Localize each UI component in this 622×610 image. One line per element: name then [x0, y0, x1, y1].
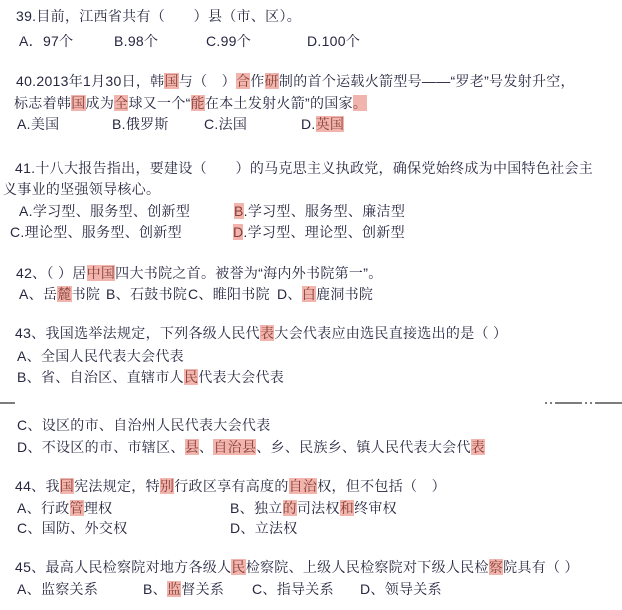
text-segment: B、独立	[230, 500, 283, 516]
text-segment: 成为	[86, 95, 115, 111]
text-segment: B、石鼓书院	[106, 286, 187, 302]
text-segment: C.理论型、服务型、创新型	[10, 224, 182, 240]
highlighted-text: 别	[160, 478, 174, 494]
question-41-option-c: C.理论型、服务型、创新型	[10, 224, 182, 241]
text-segment: B.俄罗斯	[112, 116, 169, 132]
question-44-option-a: A、行政管理权	[17, 500, 112, 517]
text-segment: 书院	[72, 286, 101, 302]
highlighted-text: 表	[260, 325, 274, 341]
highlighted-text: 民	[184, 369, 198, 385]
question-41-text-line2: 义事业的坚强领导核心。	[3, 181, 160, 198]
text-segment: B、	[143, 581, 167, 597]
text-segment: .学习型、服务型、廉洁型	[244, 203, 406, 219]
question-44-option-c: C、国防、外交权	[17, 520, 128, 537]
text-segment: 40.2013年1月30日，韩	[16, 73, 164, 89]
question-41-option-d: D.学习型、理论型、创新型	[233, 224, 405, 241]
highlighted-text: 白	[302, 286, 316, 302]
highlighted-text: 麓	[57, 286, 71, 302]
text-segment: 终审权	[354, 500, 397, 516]
text-segment: 标志着韩	[14, 95, 71, 111]
text-segment: 、乡、民族乡、镇人民代表大会代	[256, 439, 471, 455]
question-43-text: 43、我国选举法规定，下列各级人民代表大会代表应由选民直接选出的是（ ）	[15, 325, 507, 342]
question-41-option-b: B.学习型、服务型、廉洁型	[234, 203, 405, 220]
text-segment: C.法国	[204, 116, 247, 132]
text-segment: 39.目前，江西省共有（ ）县（市、区）。	[16, 8, 301, 24]
text-segment: A.学习型、服务型、创新型	[19, 203, 190, 219]
question-45-option-a: A、监察关系	[17, 581, 98, 598]
text-segment: 43、我国选举法规定，下列各级人民代	[15, 325, 260, 341]
question-42-option-b: B、石鼓书院	[106, 286, 187, 303]
question-44-text: 44、我国宪法规定，特别行政区享有高度的自治权，但不包括（ ）	[15, 478, 446, 495]
highlighted-text: 英国	[316, 116, 345, 132]
page-break-left-dash	[0, 402, 15, 404]
exam-document-page: 39.目前，江西省共有（ ）县（市、区）。A．97个B.98个C.99个D.10…	[0, 0, 622, 610]
question-45-text: 45、最高人民检察院对地方各级人民检察院、上级人民检察院对下级人民检察院具有（ …	[15, 559, 579, 576]
question-42-option-a: A、岳麓书院	[19, 286, 100, 303]
highlighted-text: 监	[167, 581, 181, 597]
text-segment: D.	[301, 116, 316, 132]
highlighted-text: 能	[191, 95, 205, 111]
highlighted-text: 自治县	[213, 439, 256, 455]
text-segment: A．97个	[19, 33, 73, 49]
text-segment: 与（ ）	[179, 73, 236, 89]
question-39-option-a: A．97个	[19, 33, 73, 50]
highlighted-text: 合	[236, 73, 250, 89]
highlighted-text: 察	[489, 559, 503, 575]
text-segment: 、	[199, 439, 213, 455]
text-segment: A、行政	[17, 500, 70, 516]
question-39-option-c: C.99个	[206, 33, 251, 50]
text-segment: 球又一个“	[128, 95, 190, 111]
text-segment: 督关系	[181, 581, 224, 597]
text-segment: A、全国人民代表大会代表	[17, 348, 184, 364]
text-segment: 义事业的坚强领导核心。	[3, 181, 160, 197]
text-segment: C、设区的市、自治州人民代表大会代表	[17, 417, 271, 433]
question-45-option-c: C、指导关系	[252, 581, 334, 598]
text-segment: 制的首个运载火箭型号——“罗老”号发射升空，	[279, 73, 575, 89]
text-segment: 代表大会代表	[198, 369, 284, 385]
question-42-text: 42、（ ）居中国四大书院之首。被誉为“海内外书院第一”。	[16, 265, 383, 282]
text-segment: A、监察关系	[17, 581, 98, 597]
highlighted-text: 表	[471, 439, 485, 455]
question-43-option-d: D、不设区的市、市辖区、县、自治县、乡、民族乡、镇人民代表大会代表	[17, 439, 485, 456]
question-42-option-d: D、白鹿洞书院	[277, 286, 373, 303]
highlighted-text: 。	[353, 95, 367, 111]
question-45-option-d: D、领导关系	[360, 581, 442, 598]
text-segment: 45、最高人民检察院对地方各级人	[15, 559, 231, 575]
question-39-text: 39.目前，江西省共有（ ）县（市、区）。	[16, 8, 301, 25]
question-39-option-d: D.100个	[307, 33, 360, 50]
text-segment: B、省、自治区、直辖市人	[17, 369, 184, 385]
question-39-option-b: B.98个	[114, 33, 158, 50]
page-break-marker	[0, 401, 622, 405]
highlighted-text: B	[234, 203, 244, 219]
text-segment: 作	[250, 73, 264, 89]
text-segment: 理权	[84, 500, 113, 516]
highlighted-text: 国	[71, 95, 85, 111]
text-segment: 大会代表应由选民直接选出的是（ ）	[274, 325, 507, 341]
text-segment: D、不设区的市、市辖区、	[17, 439, 185, 455]
text-segment: 司法权	[297, 500, 340, 516]
highlighted-text: 国	[60, 478, 74, 494]
question-44-option-d: D、立法权	[230, 520, 298, 537]
question-42-option-c: C、睢阳书院	[188, 286, 270, 303]
question-41-text-line1: 41.十八大报告指出，要建设（ ）的马克思主义执政党，确保党始终成为中国特色社会…	[15, 160, 593, 177]
highlighted-text: 中国	[87, 265, 116, 281]
highlighted-text: 的	[283, 500, 297, 516]
question-40-text-line1: 40.2013年1月30日，韩国与（ ）合作研制的首个运载火箭型号——“罗老”号…	[16, 73, 575, 90]
text-segment: D、	[277, 286, 302, 302]
question-40-option-d: D.英国	[301, 116, 344, 133]
text-segment: C、国防、外交权	[17, 520, 128, 536]
question-40-option-a: A.美国	[17, 116, 59, 133]
text-segment: 在本土发射火箭”的国家	[205, 95, 353, 111]
question-40-option-c: C.法国	[204, 116, 247, 133]
text-segment: 院具有（ ）	[503, 559, 579, 575]
text-segment: 42、（ ）居	[16, 265, 87, 281]
text-segment: B.98个	[114, 33, 158, 49]
highlighted-text: 和	[340, 500, 354, 516]
text-segment: 41.十八大报告指出，要建设（ ）的马克思主义执政党，确保党始终成为中国特色社会…	[15, 160, 593, 176]
text-segment: 鹿洞书院	[316, 286, 373, 302]
text-segment: 检察院、上级人民检察院对下级人民检	[246, 559, 489, 575]
text-segment: .学习型、理论型、创新型	[243, 224, 405, 240]
question-43-option-c: C、设区的市、自治州人民代表大会代表	[17, 417, 271, 434]
question-40-option-b: B.俄罗斯	[112, 116, 169, 133]
page-break-right-dashes	[545, 401, 622, 405]
highlighted-text: 县	[185, 439, 199, 455]
text-segment: D、立法权	[230, 520, 298, 536]
question-43-option-b: B、省、自治区、直辖市人民代表大会代表	[17, 369, 284, 386]
highlighted-text: D	[233, 224, 243, 240]
text-segment: C.99个	[206, 33, 251, 49]
highlighted-text: 国	[164, 73, 178, 89]
question-41-option-a: A.学习型、服务型、创新型	[19, 203, 190, 220]
question-43-option-a: A、全国人民代表大会代表	[17, 348, 184, 365]
question-40-text-line2: 标志着韩国成为全球又一个“能在本土发射火箭”的国家。	[14, 95, 367, 112]
highlighted-text: 管	[70, 500, 84, 516]
text-segment: 宪法规定，特	[74, 478, 160, 494]
highlighted-text: 民	[231, 559, 245, 575]
text-segment: C、指导关系	[252, 581, 334, 597]
text-segment: 行政区享有高度的	[174, 478, 288, 494]
text-segment: 44、我	[15, 478, 60, 494]
text-segment: C、睢阳书院	[188, 286, 270, 302]
highlighted-text: 全	[114, 95, 128, 111]
question-44-option-b: B、独立的司法权和终审权	[230, 500, 397, 517]
text-segment: 四大书院之首。被誉为“海内外书院第一”。	[115, 265, 382, 281]
highlighted-text: 自治	[289, 478, 318, 494]
text-segment: A.美国	[17, 116, 59, 132]
text-segment: A、岳	[19, 286, 57, 302]
question-45-option-b: B、监督关系	[143, 581, 224, 598]
text-segment: D、领导关系	[360, 581, 442, 597]
text-segment: 权，但不包括（ ）	[317, 478, 446, 494]
text-segment: D.100个	[307, 33, 360, 49]
highlighted-text: 研	[265, 73, 279, 89]
